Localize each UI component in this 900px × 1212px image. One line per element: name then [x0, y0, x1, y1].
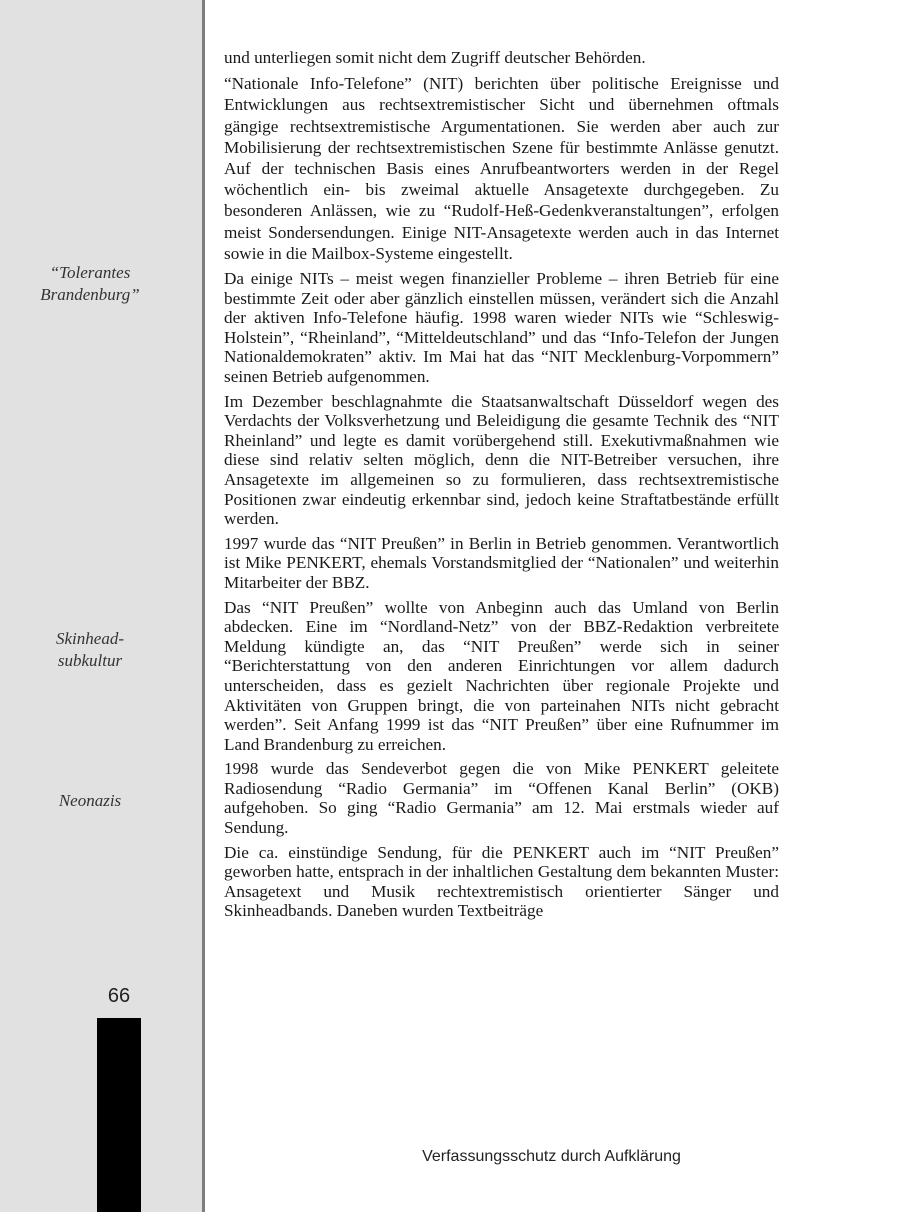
paragraph: und unterliegen somit nicht dem Zugriff …: [224, 47, 779, 68]
paragraph: Die ca. einstündige Sendung, für die PEN…: [224, 843, 779, 921]
paragraph: Da einige NITs – meist wegen finanzielle…: [224, 269, 779, 387]
margin-note-neonazis: Neonazis: [0, 790, 180, 812]
page-number: 66: [96, 985, 142, 1008]
page-footer: Verfassungsschutz durch Aufklärung: [203, 1148, 900, 1166]
page-tab-bar: [97, 1018, 141, 1212]
body-text: und unterliegen somit nicht dem Zugriff …: [224, 47, 779, 926]
margin-note-line: Skinhead-: [0, 628, 180, 650]
margin-note-skinhead-subkultur: Skinhead- subkultur: [0, 628, 180, 672]
margin-note-line: Neonazis: [0, 790, 180, 812]
margin-sidebar: “Tolerantes Brandenburg” Skinhead- subku…: [0, 0, 205, 1212]
paragraph: Im Dezember beschlagnahmte die Staatsanw…: [224, 392, 779, 529]
paragraph: Das “NIT Preußen” wollte von Anbeginn au…: [224, 598, 779, 755]
margin-note-line: “Tolerantes: [0, 262, 180, 284]
margin-note-line: subkultur: [0, 650, 180, 672]
margin-note-line: Brandenburg”: [0, 284, 180, 306]
margin-note-tolerantes-brandenburg: “Tolerantes Brandenburg”: [0, 262, 180, 306]
paragraph: 1998 wurde das Sendeverbot gegen die von…: [224, 759, 779, 837]
paragraph: 1997 wurde das “NIT Preußen” in Berlin i…: [224, 534, 779, 593]
paragraph: “Nationale Info-Telefone” (NIT) berichte…: [224, 73, 779, 264]
